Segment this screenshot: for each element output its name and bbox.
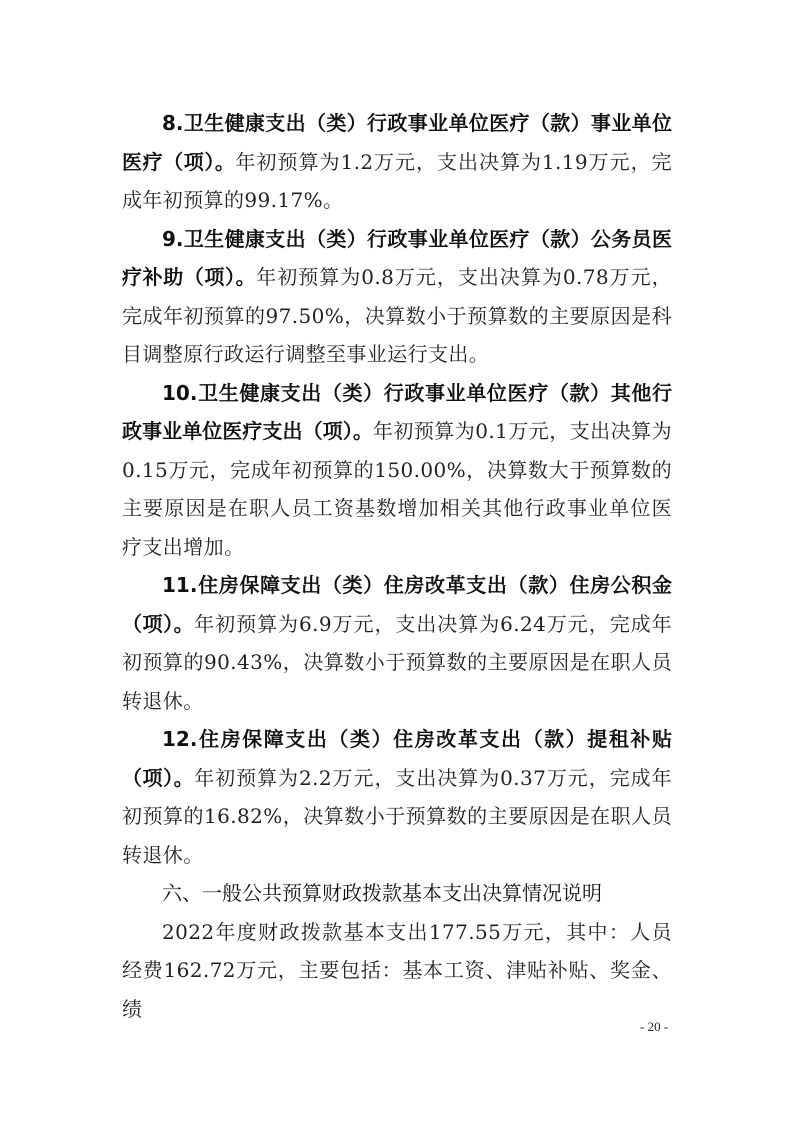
section-title: 六、一般公共预算财政拨款基本支出决算情况说明: [122, 874, 672, 913]
document-body: 8.卫生健康支出（类）行政事业单位医疗（款）事业单位医疗（项）。年初预算为1.2…: [122, 104, 672, 1028]
paragraph-item-10: 10.卫生健康支出（类）行政事业单位医疗（款）其他行政事业单位医疗支出（项）。年…: [122, 374, 672, 567]
paragraph-item-9: 9.卫生健康支出（类）行政事业单位医疗（款）公务员医疗补助（项）。年初预算为0.…: [122, 220, 672, 374]
paragraph-text: 年初预算为6.9万元，支出决算为6.24万元，完成年初预算的90.43%，决算数…: [122, 612, 672, 713]
paragraph-text: 2022年度财政拨款基本支出177.55万元，其中：人员经费162.72万元，主…: [122, 920, 672, 1021]
paragraph-item-8: 8.卫生健康支出（类）行政事业单位医疗（款）事业单位医疗（项）。年初预算为1.2…: [122, 104, 672, 220]
paragraph-text: 年初预算为2.2万元，支出决算为0.37万元，完成年初预算的16.82%，决算数…: [122, 766, 672, 867]
page-number: - 20 -: [640, 1019, 668, 1035]
paragraph-item-11: 11.住房保障支出（类）住房改革支出（款）住房公积金（项）。年初预算为6.9万元…: [122, 566, 672, 720]
document-page: 8.卫生健康支出（类）行政事业单位医疗（款）事业单位医疗（项）。年初预算为1.2…: [0, 0, 793, 1122]
section-paragraph: 2022年度财政拨款基本支出177.55万元，其中：人员经费162.72万元，主…: [122, 913, 672, 1029]
paragraph-item-12: 12.住房保障支出（类）住房改革支出（款）提租补贴（项）。年初预算为2.2万元，…: [122, 720, 672, 874]
